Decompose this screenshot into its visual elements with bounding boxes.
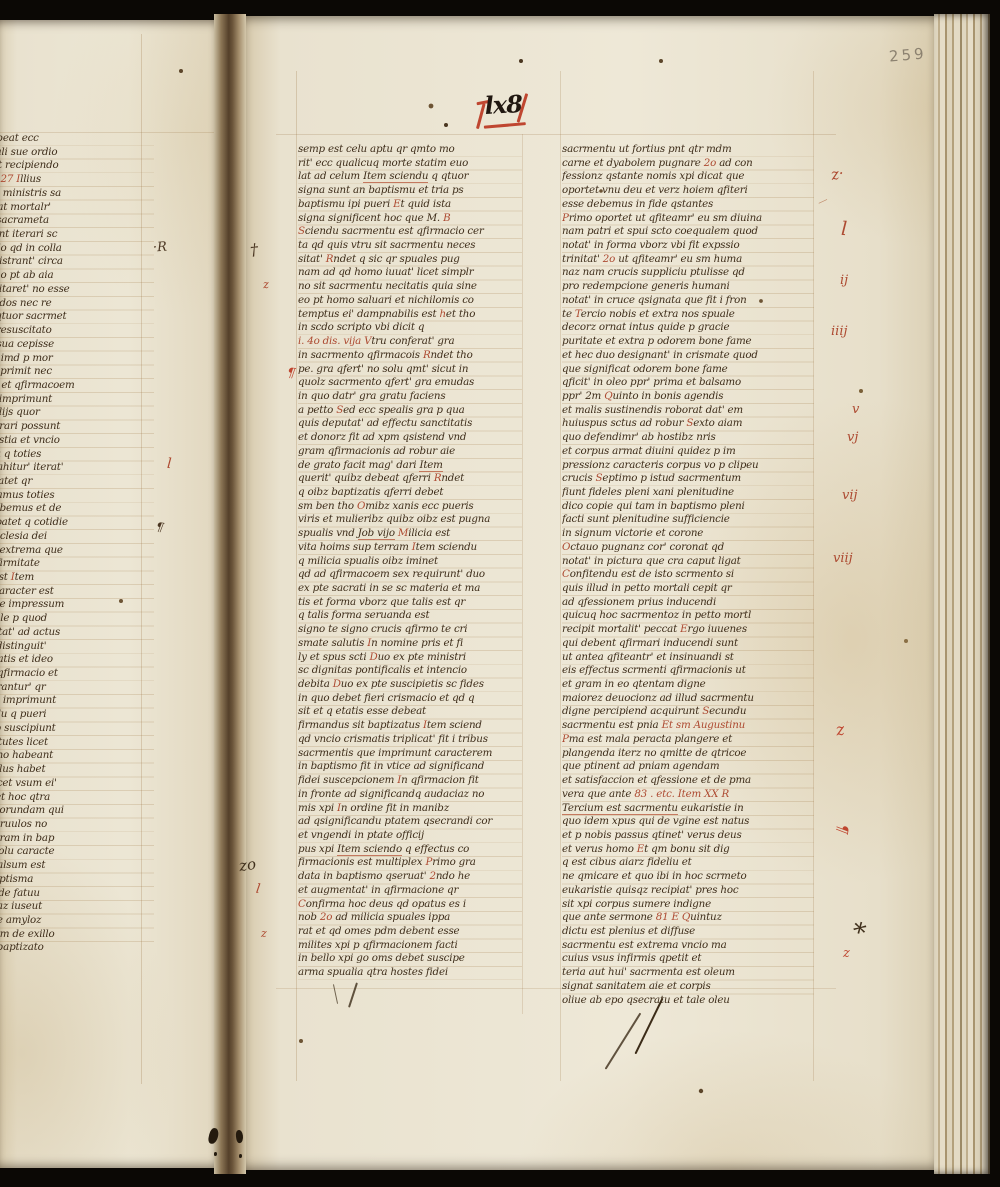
- text-line: plangenda iterz no qmitte de qtricoe: [562, 747, 814, 761]
- text-line: qficit' in oleo ppr' prima et balsamo: [562, 376, 814, 390]
- text-line: hoc q fily eaz iuseut: [0, 900, 154, 914]
- text-line: oportet vnu deu et verz hoiem qfiteri: [562, 184, 814, 198]
- text-line: ex pte sacrati in se sc materia et ma: [298, 582, 522, 596]
- text-line: fessionz qstante nomis xpi dicat que: [562, 170, 814, 184]
- text-line: vera que ante 83 . etc. Item XX R: [562, 788, 814, 802]
- text-line: pus xpi Item sciendo q effectus co: [298, 843, 522, 857]
- text-line: ut antea qfiteantr' et insinuandi st: [562, 651, 814, 665]
- folio-number: 259: [888, 44, 927, 65]
- text-line: semp est celu aptu qr qmto mo: [298, 143, 522, 157]
- text-line: Primo oportet ut qfiteamr' eu sm diuina: [562, 212, 814, 226]
- ruling-vertical-col1-right: [522, 134, 523, 1014]
- text-line: pressionz caracteris corpus vo p clipeu: [562, 459, 814, 473]
- quire-mark-red-stroke: [484, 122, 526, 128]
- text-line: crucis Septimo p istud sacrmentum: [562, 472, 814, 486]
- text-line: in bello xpi go oms debet suscipe: [298, 952, 522, 966]
- text-line: vsum earz no habeant: [0, 749, 154, 763]
- text-line: to morti pcat mortalr': [0, 201, 154, 215]
- text-line: notat' in pictura que cra caput ligat: [562, 555, 814, 569]
- text-line: us de alijs qtuor sacrmet: [0, 310, 154, 324]
- text-line: toties peccamus toties: [0, 489, 154, 503]
- text-line: ad qfessionem prius inducendi: [562, 596, 814, 610]
- text-line: a no baptizatis et ideo: [0, 653, 154, 667]
- text-line: gram et virtutes licet: [0, 736, 154, 750]
- text-line: pe. gra qfert' no solu qmt' sicut in: [298, 363, 522, 377]
- text-line: oliue ab epo qsecratu et tale oleu: [562, 994, 814, 1008]
- text-line: spuales et distinguit': [0, 640, 154, 654]
- text-line: q talis forma seruanda est: [298, 609, 522, 623]
- text-line: et augmentat' in qfirmacione qr: [298, 884, 522, 898]
- margin-annotation: vij: [842, 488, 858, 503]
- text-line: dixerunt paruulos no: [0, 818, 154, 832]
- margin-annotation: z: [262, 278, 269, 291]
- margin-annotation: ·R: [152, 240, 167, 256]
- text-line: pnt iterari sacrameta: [0, 214, 154, 228]
- text-line: digne percipiend acquirunt Secundu: [562, 705, 814, 719]
- text-line: sacrmentu est pnia Et sm Augustinu: [562, 719, 814, 733]
- margin-annotation: ij: [840, 273, 848, 288]
- text-line: gram qfirmacionis ad robur aie: [298, 445, 522, 459]
- text-line: de vncione extrema que: [0, 544, 154, 558]
- text-line: si lazarz p resuscitato: [0, 324, 154, 338]
- text-line: pnia eukaristia et vncio: [0, 434, 154, 448]
- margin-annotation: z: [261, 927, 267, 940]
- text-line: ordo no iterantur' qr: [0, 681, 154, 695]
- text-line: sicut paruulus habet: [0, 763, 154, 777]
- text-line: eukaristia patet q cotidie: [0, 516, 154, 530]
- text-line: atraxissent imd p mor: [0, 352, 154, 366]
- text-line: Tercium est sacrmentu eukaristie in: [562, 802, 814, 816]
- text-line: qd vncio crismatis triplicat' fit i trib…: [298, 733, 522, 747]
- text-line: pro redempcione generis humani: [562, 280, 814, 294]
- text-column-right: sacrmentu ut fortius pnt qtr mdmcarne et…: [562, 143, 814, 1007]
- text-line: quo defendimr' ab hostibz nris: [562, 431, 814, 445]
- text-line: sumit' in ecclesia dei: [0, 530, 154, 544]
- text-line: errorem quorundam qui: [0, 804, 154, 818]
- text-line: i. 4o dis. vija Vtru conferat' gra: [298, 335, 522, 349]
- text-line: in sacrmento qfirmacois Rndet tho: [298, 349, 522, 363]
- text-line: et verus homo Et qm bonu sit dig: [562, 843, 814, 857]
- text-line: no habeat et hoc qtra: [0, 791, 154, 805]
- margin-annotation: z·: [830, 164, 846, 184]
- text-line: eis effectus scrmenti qfirmacionis ut: [562, 664, 814, 678]
- text-line: sacrmentu ut fortius pnt qtr mdm: [562, 143, 814, 157]
- text-line: eukaristie quisqz recipiat' pres hoc: [562, 884, 814, 898]
- text-line: lat ad celum Item sciendu q qtuor: [298, 170, 522, 184]
- text-line: matrimoniu q toties: [0, 448, 154, 462]
- text-line: in baptismo suscipiunt: [0, 722, 154, 736]
- text-line: spualis vnd Job vijo Milicia est: [298, 527, 522, 541]
- left-page: za Non phibeat eccpetto mortali sue ordi…: [0, 20, 214, 1168]
- text-line: sacrmentu est extrema vncio ma: [562, 939, 814, 953]
- text-line: firmacionis est multiplex Primo gra: [298, 856, 522, 870]
- text-line: q uero de alijs quor: [0, 406, 154, 420]
- text-line: cuius vsus infirmis qpetit et: [562, 952, 814, 966]
- text-line: esse debemus in fide qstantes: [562, 198, 814, 212]
- text-line: naz nam crucis suppliciu ptulisse qd: [562, 266, 814, 280]
- binding-gutter: [214, 14, 246, 1174]
- text-line: prodest valde fatuu: [0, 887, 154, 901]
- text-line: ta qd quis vtru sit sacrmentu neces: [298, 239, 522, 253]
- text-line: trinitat' 2o ut qfiteamr' eu sm huma: [562, 253, 814, 267]
- text-line: data in baptismo qseruat' 2ndo he: [298, 870, 522, 884]
- ruling-vertical-col1-left: [296, 71, 297, 1081]
- text-line: te Tercio nobis et extra nos spuale: [562, 308, 814, 322]
- text-line: signa significent hoc que M. B: [298, 212, 522, 226]
- text-line: baptismu ipi pueri Et quid ista: [298, 198, 522, 212]
- text-line: in qlibet infirmitate: [0, 557, 154, 571]
- text-line: ipse vxore sua cepisse: [0, 338, 154, 352]
- text-line: in quo debet fieri crismacio et qd q: [298, 692, 522, 706]
- fore-edge-page-stack: [934, 14, 992, 1174]
- text-line: maz ad gliam de exillo: [0, 928, 154, 942]
- text-line: viris et mulieribz quibz oibz est pugna: [298, 513, 522, 527]
- text-line: smate salutis In nomine pris et fi: [298, 637, 522, 651]
- text-line: mato et ordo qd in colla: [0, 242, 154, 256]
- text-line: sm ben tho Omibz xanis ecc pueris: [298, 500, 522, 514]
- text-line: p baptismu et qfirmacoem: [0, 379, 154, 393]
- text-line: sc dignitas pontificalis et intencio: [298, 664, 522, 678]
- text-line: homo deputat' ad actus: [0, 626, 154, 640]
- text-line: caracterem imprimunt: [0, 694, 154, 708]
- text-line: quis resuscitaret' no esse: [0, 283, 154, 297]
- text-line: teria aut hui' sacrmenta est oleum: [562, 966, 814, 980]
- text-line: Octauo pugnanz cor' coronat qd: [562, 541, 814, 555]
- text-line: maiorez deuocionz ad illud sacrmentu: [562, 692, 814, 706]
- margin-annotation: z: [843, 946, 850, 961]
- text-line: signat sanitatem aie et corpis: [562, 980, 814, 994]
- text-line: eff X multa 27 Illius: [0, 173, 154, 187]
- text-line: nec q firmados nec re: [0, 297, 154, 311]
- text-line: notat' in forma vborz vbi fit expssio: [562, 239, 814, 253]
- text-line: quis illud in petto mortali cepit qr: [562, 582, 814, 596]
- text-line: ordinis qui imprimunt: [0, 393, 154, 407]
- text-line: ly et spus scti Duo ex pte ministri: [298, 651, 522, 665]
- text-line: 2nd puero baptizato: [0, 941, 154, 955]
- text-line: milites xpi p qfirmacionem facti: [298, 939, 522, 953]
- text-line: q Similit' et ministris sa: [0, 187, 154, 201]
- text-line: quolz sacrmento qfert' gra emudas: [298, 376, 522, 390]
- text-line: qui debent qfirmari inducendi sunt: [562, 637, 814, 651]
- text-line: gracterz imprimit nec: [0, 365, 154, 379]
- text-line: ppr' 2m Quinto in bonis agendis: [562, 390, 814, 404]
- text-line: et p nobis passus qtinet' verus deus: [562, 829, 814, 843]
- text-line: sacrmentis que imprimunt caracterem: [298, 747, 522, 761]
- text-line: dut amg baptisma: [0, 873, 154, 887]
- text-line: sciendu q caracter est: [0, 585, 154, 599]
- text-line: quicuq hoc sacrmentoz in petto mortl: [562, 609, 814, 623]
- text-line: quis deputat' ad effectu sanctitatis: [298, 417, 522, 431]
- text-line: firmandus sit baptizatus Item sciend: [298, 719, 522, 733]
- text-line: et corpus armat diuini quidez p im: [562, 445, 814, 459]
- text-line: tismo sed solu caracte: [0, 845, 154, 859]
- text-line: rat et qd omes pdm debent esse: [298, 925, 522, 939]
- quire-mark-text: lx8: [484, 89, 523, 120]
- text-line: Confitendu est de isto scrmento si: [562, 568, 814, 582]
- margin-annotation: l: [840, 218, 847, 240]
- text-line: quoties qtrahitur' iterat': [0, 461, 154, 475]
- text-line: nam patri et spui scto coequalem quod: [562, 225, 814, 239]
- text-line: mato qd iterari possunt: [0, 420, 154, 434]
- text-line: puritate et extra p odorem bone fame: [562, 335, 814, 349]
- text-line: de grato facit mag' dari Item: [298, 459, 522, 473]
- text-line: rationem licet vsum ei': [0, 777, 154, 791]
- text-line: Item sciendu q pueri: [0, 708, 154, 722]
- text-line: in baptismo fit in vtice ad significand: [298, 760, 522, 774]
- text-line: ad societate amyloz: [0, 914, 154, 928]
- text-line: nob 2o ad milicia spuales ippa: [298, 911, 522, 925]
- text-line: carne et dyabolem pugnare 2o ad con: [562, 157, 814, 171]
- text-line: et satisfaccion et qfessione et de pma: [562, 774, 814, 788]
- text-line: in fronte ad significandq audaciaz no: [298, 788, 522, 802]
- text-line: rit' ecc qualicuq morte statim euo: [298, 157, 522, 171]
- text-line: in quo datr' gra gratu faciens: [298, 390, 522, 404]
- text-line: huiuspus sctus ad robur Sexto aiam: [562, 417, 814, 431]
- text-line: q est cibus aiarz fideliu et: [562, 856, 814, 870]
- text-line: baptismus qfirmacio et: [0, 667, 154, 681]
- text-line: qd ad qfirmacoem sex requirunt' duo: [298, 568, 522, 582]
- text-line: et hec duo designant' in crismate quod: [562, 349, 814, 363]
- text-line: Sciendu sacrmentu est qfirmacio cer: [298, 225, 522, 239]
- text-line: mortis' pcat recipiendo: [0, 159, 154, 173]
- text-line: ne qmicare et quo ibi in hoc scrmeto: [562, 870, 814, 884]
- text-line: no sit sacrmentu necitatis quia sine: [298, 280, 522, 294]
- text-line: dictu est plenius et diffuse: [562, 925, 814, 939]
- text-line: za Non phibeat ecc: [0, 132, 154, 146]
- manuscript-photo: za Non phibeat eccpetto mortali sue ordi…: [0, 0, 1000, 1187]
- text-line: sit xpi corpus sumere indigne: [562, 898, 814, 912]
- ruling-horizontal-top: [276, 134, 836, 135]
- text-column-center: semp est celu aptu qr qmto morit' ecc qu…: [298, 143, 522, 980]
- text-line: petto mortali sue ordio: [0, 146, 154, 160]
- text-line: vita hoims sup terram Item sciendu: [298, 541, 522, 555]
- text-line: penitere debemus et de: [0, 502, 154, 516]
- text-line: quo idem xpus qui de vgine est natus: [562, 815, 814, 829]
- text-line: signo te signo crucis qfirmo te cri: [298, 623, 522, 637]
- text-line: signu spuale impressum: [0, 598, 154, 612]
- text-line: que ptinent ad pniam agendam: [562, 760, 814, 774]
- text-line: tis et forma vborz que talis est qr: [298, 596, 522, 610]
- margin-annotation: vj: [847, 430, 858, 445]
- text-line: decorz ornat intus quide p gracie: [562, 321, 814, 335]
- text-line: in scdo scripto vbi dicit q: [298, 321, 522, 335]
- quire-mark: lx8: [476, 89, 530, 132]
- margin-annotation: v: [852, 402, 859, 417]
- text-line: a petto Sed ecc spealis gra p qua: [298, 404, 522, 418]
- parchment-specks: [0, 0, 2, 2]
- text-line: recipit mortalit' peccat Ergo iuuenes: [562, 623, 814, 637]
- text-line: menta no pnt iterari sc: [0, 228, 154, 242]
- text-line: et vngendi in ptate officij: [298, 829, 522, 843]
- text-line: fidei suscepcionem In qfirmacion fit: [298, 774, 522, 788]
- text-line: et gram in eo qtentam digne: [562, 678, 814, 692]
- background-right: [990, 0, 1000, 1187]
- text-line: sitat' Rndet q sic qr spuales pug: [298, 253, 522, 267]
- text-line: rem quod falsum est: [0, 859, 154, 873]
- text-line: iterari potest Item: [0, 571, 154, 585]
- ruling-vertical-col2-left: [560, 71, 561, 1081]
- text-line: aie indelebile p quod: [0, 612, 154, 626]
- text-line: q de pnia patet qr: [0, 475, 154, 489]
- text-line: nam ad qd homo iuuat' licet simplr: [298, 266, 522, 280]
- text-line: et malis sustinendis roborat dat' em: [562, 404, 814, 418]
- text-line: q oibz baptizatis qferri debet: [298, 486, 522, 500]
- text-line: debita Duo ex pte suscipietis sc fides: [298, 678, 522, 692]
- text-line: mis xpi In ordine fit in manibz: [298, 802, 522, 816]
- text-line: q milicia spualis oibz iminet: [298, 555, 522, 569]
- text-line: notat' in cruce qsignata que fit i fron: [562, 294, 814, 308]
- text-line: facti sunt plenitudine sufficiencie: [562, 513, 814, 527]
- text-line: ad qsignificandu ptatem qsecrandi cor: [298, 815, 522, 829]
- margin-annotation: viij: [833, 551, 853, 566]
- text-line: suscipere gram in bap: [0, 832, 154, 846]
- text-line: fiunt fideles pleni xani plenitudine: [562, 486, 814, 500]
- text-line: Pma est mala peracta plangere et: [562, 733, 814, 747]
- text-line: Confirma hoc deus qd opatus es i: [298, 898, 522, 912]
- text-line: q p morte no pt ab aia: [0, 269, 154, 283]
- text-line: et donorz fit ad xpm qsistend vnd: [298, 431, 522, 445]
- text-line: eo pt homo saluari et nichilomis co: [298, 294, 522, 308]
- text-line: dictorz ministrant' circa: [0, 255, 154, 269]
- text-line: in signum victorie et corone: [562, 527, 814, 541]
- text-line: que significat odorem bone fame: [562, 363, 814, 377]
- text-line: arma spualia qtra hostes fidei: [298, 966, 522, 980]
- text-line: sit et q etatis esse debeat: [298, 705, 522, 719]
- text-line: signa sunt an baptismu et tria ps: [298, 184, 522, 198]
- margin-annotation: zo: [238, 855, 257, 875]
- text-line: querit' quibz debeat qferri Rndet: [298, 472, 522, 486]
- text-column-left-page: za Non phibeat eccpetto mortali sue ordi…: [0, 132, 154, 955]
- text-line: temptus ei' dampnabilis est het tho: [298, 308, 522, 322]
- text-line: dico copie qui tam in baptismo pleni: [562, 500, 814, 514]
- text-line: que ante sermone 81 E Quintuz: [562, 911, 814, 925]
- margin-annotation: iiij: [831, 324, 848, 339]
